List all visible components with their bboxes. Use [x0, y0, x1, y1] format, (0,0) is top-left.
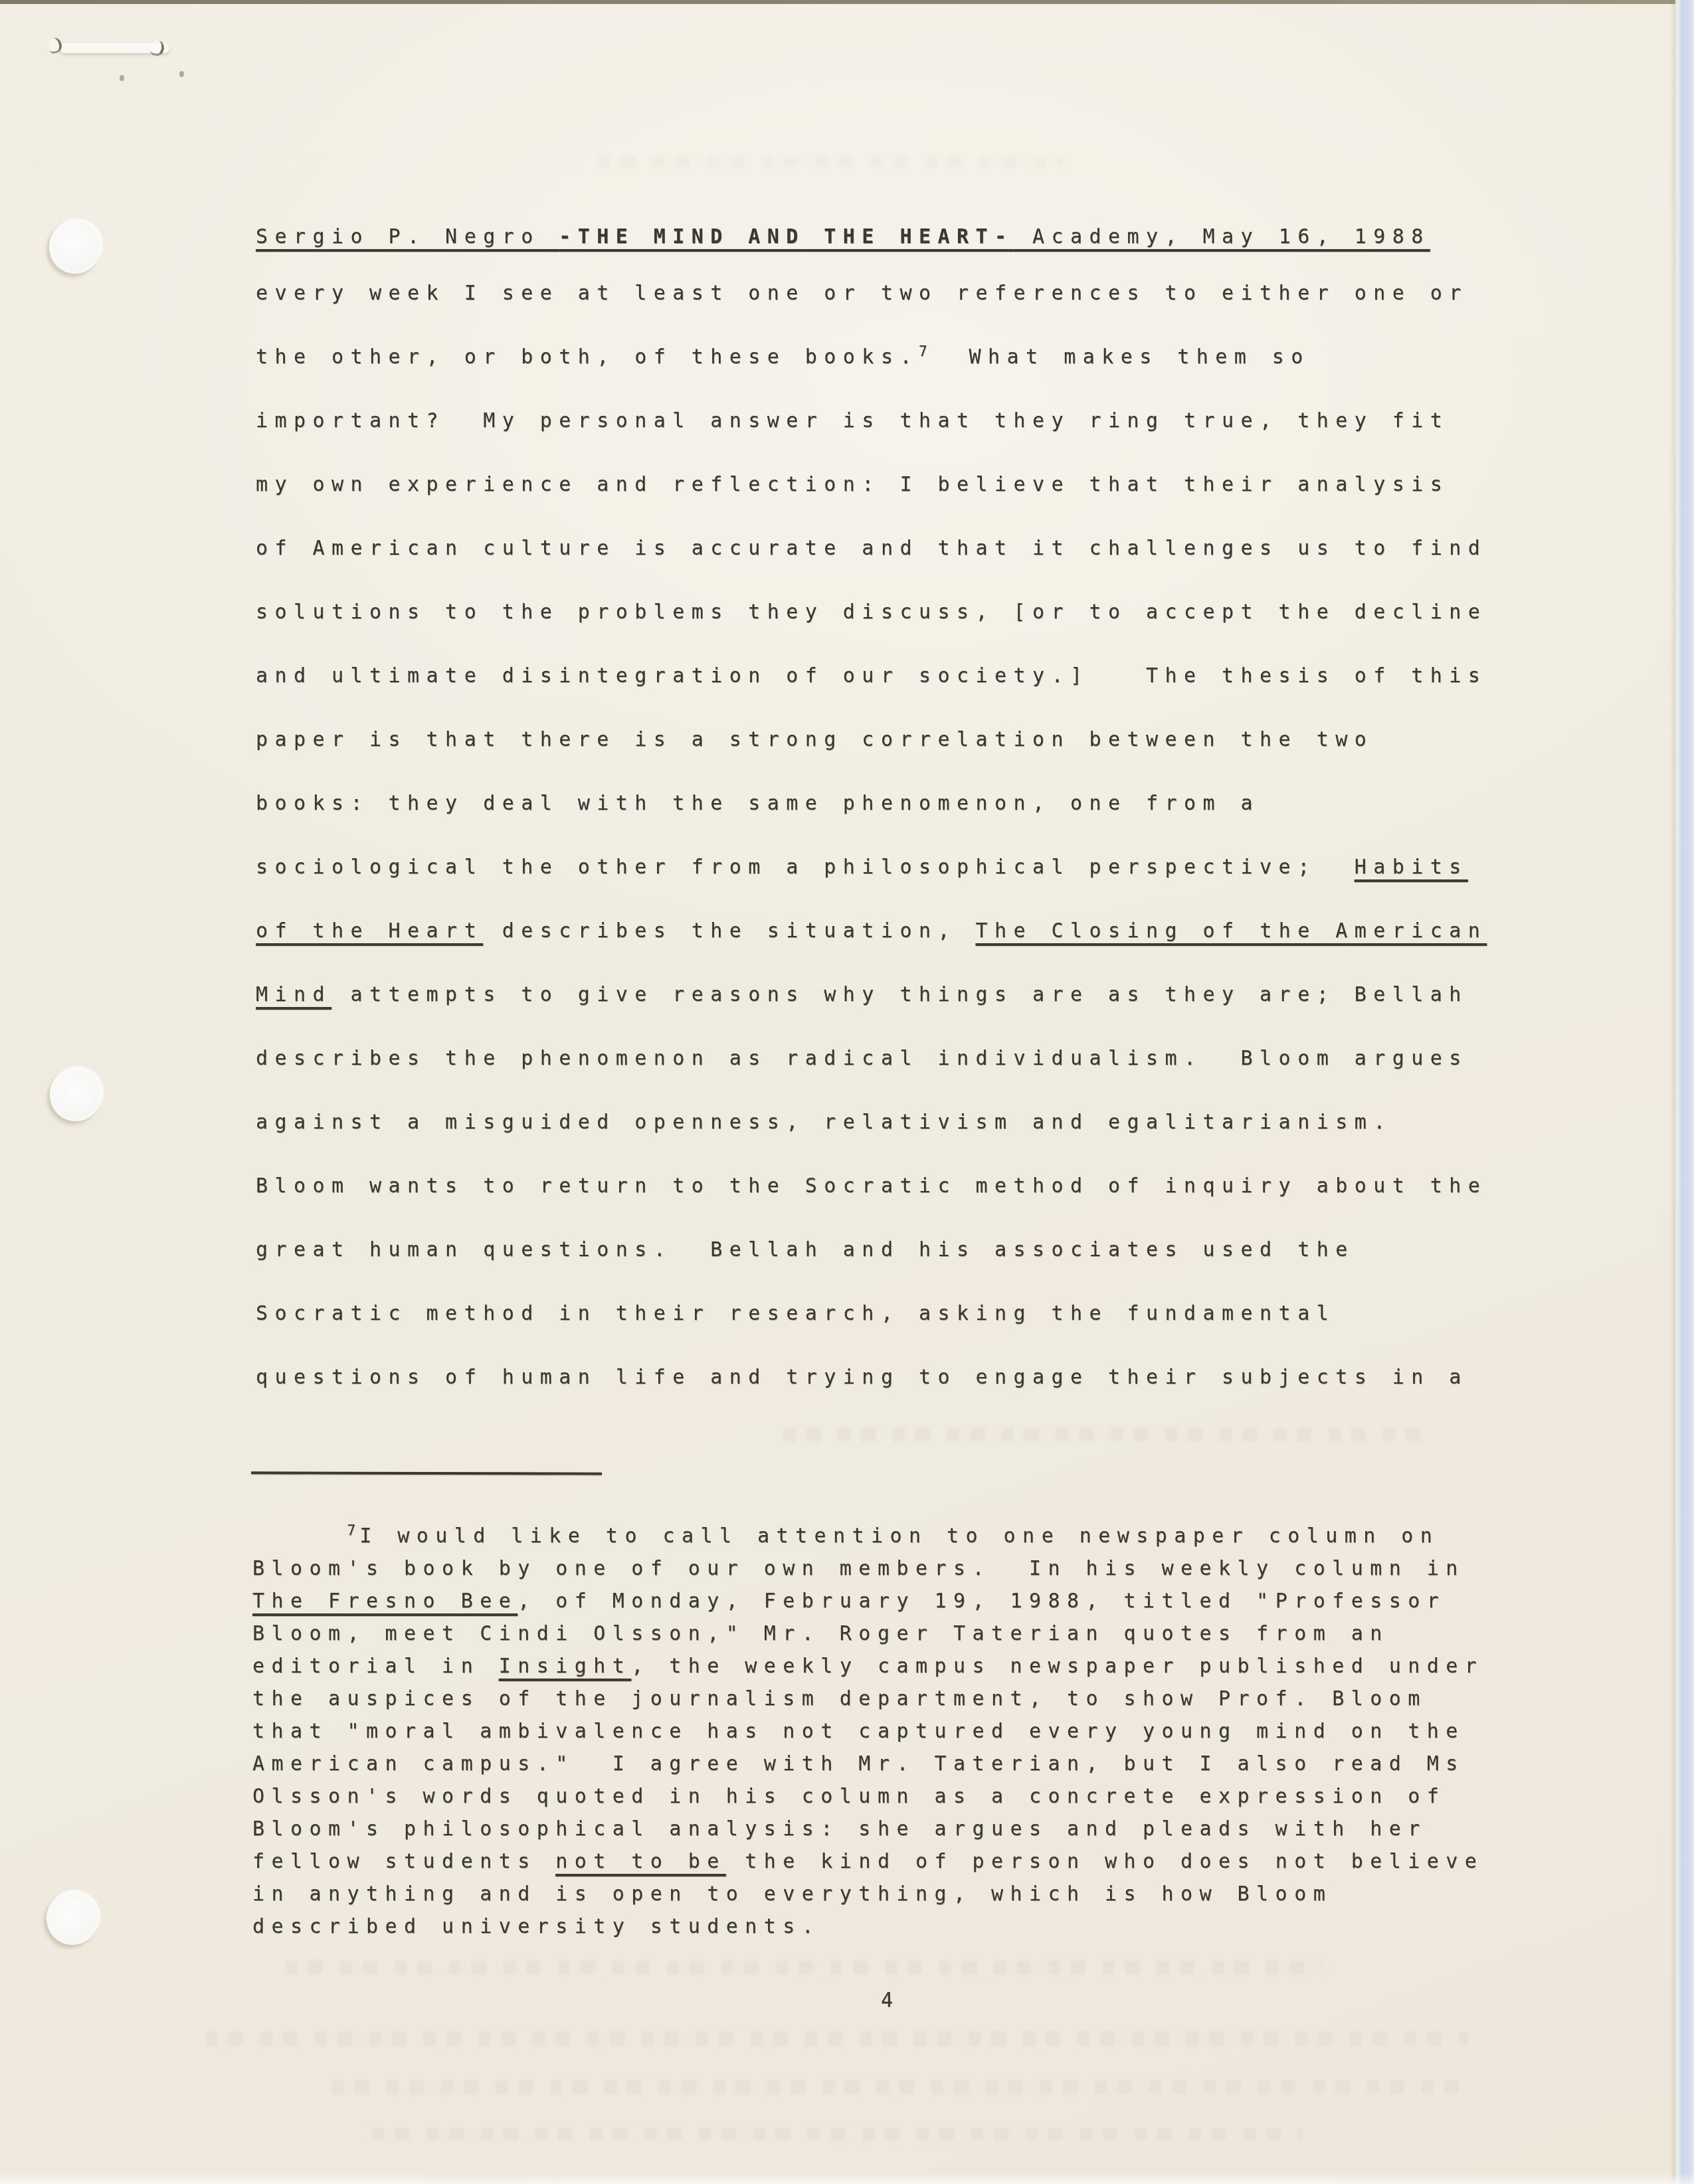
- text-segment: in anything and is open to everything, w…: [252, 1882, 1332, 1906]
- text-segment: the other, or both, of these books.: [256, 345, 919, 369]
- text-segment: described university students.: [252, 1915, 820, 1938]
- text-segment: The Closing of the American: [975, 919, 1487, 943]
- text-line: solutions to the problems they discuss, …: [256, 581, 1487, 644]
- page-number: 4: [881, 1981, 900, 2021]
- text-segment: solutions to the problems they discuss, …: [256, 600, 1487, 624]
- text-segment: paper is that there is a strong correlat…: [256, 728, 1373, 751]
- text-line: of the Heart describes the situation, Th…: [256, 899, 1487, 963]
- text-segment: Bloom's philosophical analysis: she argu…: [252, 1817, 1427, 1841]
- text-segment: sociological the other from a philosophi…: [256, 856, 1355, 879]
- text-segment: great human questions. Bellah and his as…: [256, 1238, 1355, 1261]
- text-segment: important? My personal answer is that th…: [256, 409, 1449, 432]
- text-segment: Olsson's words quoted in his column as a…: [252, 1785, 1446, 1808]
- text-segment: American campus." I agree with Mr. Tater…: [252, 1752, 1465, 1775]
- text-line: described university students.: [252, 1910, 1483, 1943]
- footnote-block: 7I would like to call attention to one n…: [252, 1520, 1483, 1943]
- text-line: Olsson's words quoted in his column as a…: [252, 1780, 1483, 1813]
- text-segment: The Fresno Bee: [252, 1590, 518, 1613]
- text-segment: describes the phenomenon as radical indi…: [256, 1047, 1468, 1070]
- text-segment: 7: [347, 1522, 360, 1538]
- text-segment: attempts to give reasons why things are …: [331, 983, 1468, 1006]
- text-segment: Bloom, meet Cindi Olsson," Mr. Roger Tat…: [252, 1622, 1389, 1645]
- text-segment: [252, 1524, 347, 1548]
- text-segment: editorial in: [252, 1655, 499, 1678]
- text-segment: , of Monday, February 19, 1988, titled "…: [518, 1590, 1446, 1613]
- text-segment: fellow students: [252, 1850, 555, 1873]
- text-segment: Bloom's book by one of our own members. …: [252, 1557, 1465, 1580]
- scanned-document-page: Sergio P. Negro -THE MIND AND THE HEART-…: [0, 0, 1694, 2184]
- text-line: against a misguided openness, relativism…: [256, 1091, 1487, 1154]
- text-line: 7I would like to call attention to one n…: [252, 1520, 1483, 1552]
- typewritten-content: Sergio P. Negro -THE MIND AND THE HEART-…: [0, 0, 1694, 2184]
- text-line: every week I see at least one or two ref…: [256, 262, 1487, 325]
- text-segment: -THE MIND AND THE HEART-: [559, 225, 1013, 248]
- text-line: the other, or both, of these books.7 Wha…: [256, 325, 1487, 389]
- text-segment: that "moral ambivalence has not captured…: [252, 1720, 1465, 1743]
- text-segment: of the Heart: [256, 919, 483, 943]
- text-line: that "moral ambivalence has not captured…: [252, 1715, 1483, 1748]
- text-segment: the auspices of the journalism departmen…: [252, 1687, 1427, 1710]
- text-line: paper is that there is a strong correlat…: [256, 708, 1487, 772]
- footnote-separator-line: [251, 1471, 602, 1475]
- text-line: The Fresno Bee, of Monday, February 19, …: [252, 1585, 1483, 1617]
- text-line: describes the phenomenon as radical indi…: [256, 1027, 1487, 1091]
- text-line: great human questions. Bellah and his as…: [256, 1218, 1487, 1282]
- text-segment: , the weekly campus newspaper published …: [631, 1655, 1483, 1678]
- text-segment: Habits: [1355, 856, 1468, 879]
- text-segment: against a misguided openness, relativism…: [256, 1111, 1392, 1134]
- text-line: Bloom wants to return to the Socratic me…: [256, 1154, 1487, 1218]
- text-line: in anything and is open to everything, w…: [252, 1878, 1483, 1910]
- text-segment: I would like to call attention to one ne…: [359, 1524, 1439, 1548]
- text-segment: describes the situation,: [483, 919, 975, 943]
- text-line: books: they deal with the same phenomeno…: [256, 772, 1487, 836]
- text-segment: 7: [919, 343, 931, 359]
- text-line: questions of human life and trying to en…: [256, 1346, 1487, 1410]
- text-line: Mind attempts to give reasons why things…: [256, 963, 1487, 1027]
- text-segment: Bloom wants to return to the Socratic me…: [256, 1174, 1487, 1198]
- text-segment: What makes them so: [931, 345, 1310, 369]
- text-segment: my own experience and reflection: I beli…: [256, 473, 1449, 496]
- text-segment: Mind: [256, 983, 331, 1006]
- text-line: my own experience and reflection: I beli…: [256, 453, 1487, 517]
- text-line: editorial in Insight, the weekly campus …: [252, 1650, 1483, 1683]
- text-line: and ultimate disintegration of our socie…: [256, 644, 1487, 708]
- document-body: every week I see at least one or two ref…: [256, 262, 1487, 1410]
- text-segment: every week I see at least one or two ref…: [256, 282, 1468, 305]
- text-line: sociological the other from a philosophi…: [256, 836, 1487, 899]
- text-line: fellow students not to be the kind of pe…: [252, 1845, 1483, 1878]
- text-segment: not to be: [555, 1850, 726, 1873]
- text-line: American campus." I agree with Mr. Tater…: [252, 1748, 1483, 1780]
- text-segment: the kind of person who does not believe: [726, 1850, 1483, 1873]
- text-segment: questions of human life and trying to en…: [256, 1366, 1468, 1389]
- text-line: Bloom's philosophical analysis: she argu…: [252, 1813, 1483, 1845]
- document-header: Sergio P. Negro -THE MIND AND THE HEART-…: [256, 214, 1430, 260]
- text-segment: of American culture is accurate and that…: [256, 537, 1487, 560]
- text-line: Bloom, meet Cindi Olsson," Mr. Roger Tat…: [252, 1617, 1483, 1650]
- text-segment: books: they deal with the same phenomeno…: [256, 792, 1260, 815]
- text-line: Bloom's book by one of our own members. …: [252, 1552, 1483, 1585]
- text-segment: and ultimate disintegration of our socie…: [256, 664, 1487, 687]
- text-line: the auspices of the journalism departmen…: [252, 1683, 1483, 1715]
- text-segment: Insight: [499, 1655, 632, 1678]
- text-segment: Socratic method in their research, askin…: [256, 1302, 1335, 1325]
- text-line: Socratic method in their research, askin…: [256, 1282, 1487, 1346]
- text-line: of American culture is accurate and that…: [256, 517, 1487, 581]
- text-line: important? My personal answer is that th…: [256, 389, 1487, 453]
- text-segment: Academy, May 16, 1988: [1013, 225, 1430, 248]
- text-segment: Sergio P. Negro: [256, 225, 559, 248]
